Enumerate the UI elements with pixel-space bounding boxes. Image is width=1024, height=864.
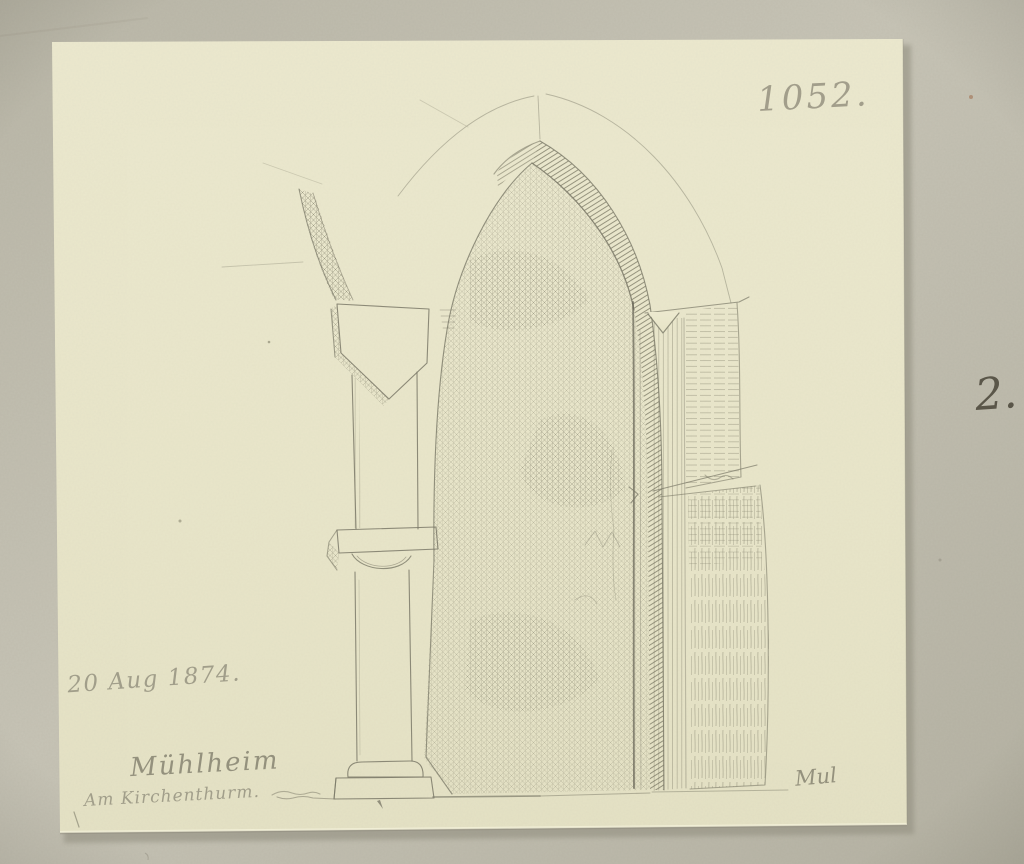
inscription-mount-number: 2. bbox=[972, 367, 1018, 421]
paper-speck bbox=[179, 520, 182, 523]
mount-speck bbox=[939, 559, 942, 562]
scanned-drawing: 1052. 2. 20 Aug 1874. Mühlheim Am Kirche… bbox=[0, 0, 1024, 864]
inscription-note: Mul bbox=[793, 763, 838, 791]
inscription-catalog-number: 1052. bbox=[756, 74, 870, 120]
paper-speck bbox=[268, 341, 271, 344]
mount-speck bbox=[969, 95, 973, 99]
drawing-canvas: 1052. 2. 20 Aug 1874. Mühlheim Am Kirche… bbox=[0, 0, 1024, 864]
